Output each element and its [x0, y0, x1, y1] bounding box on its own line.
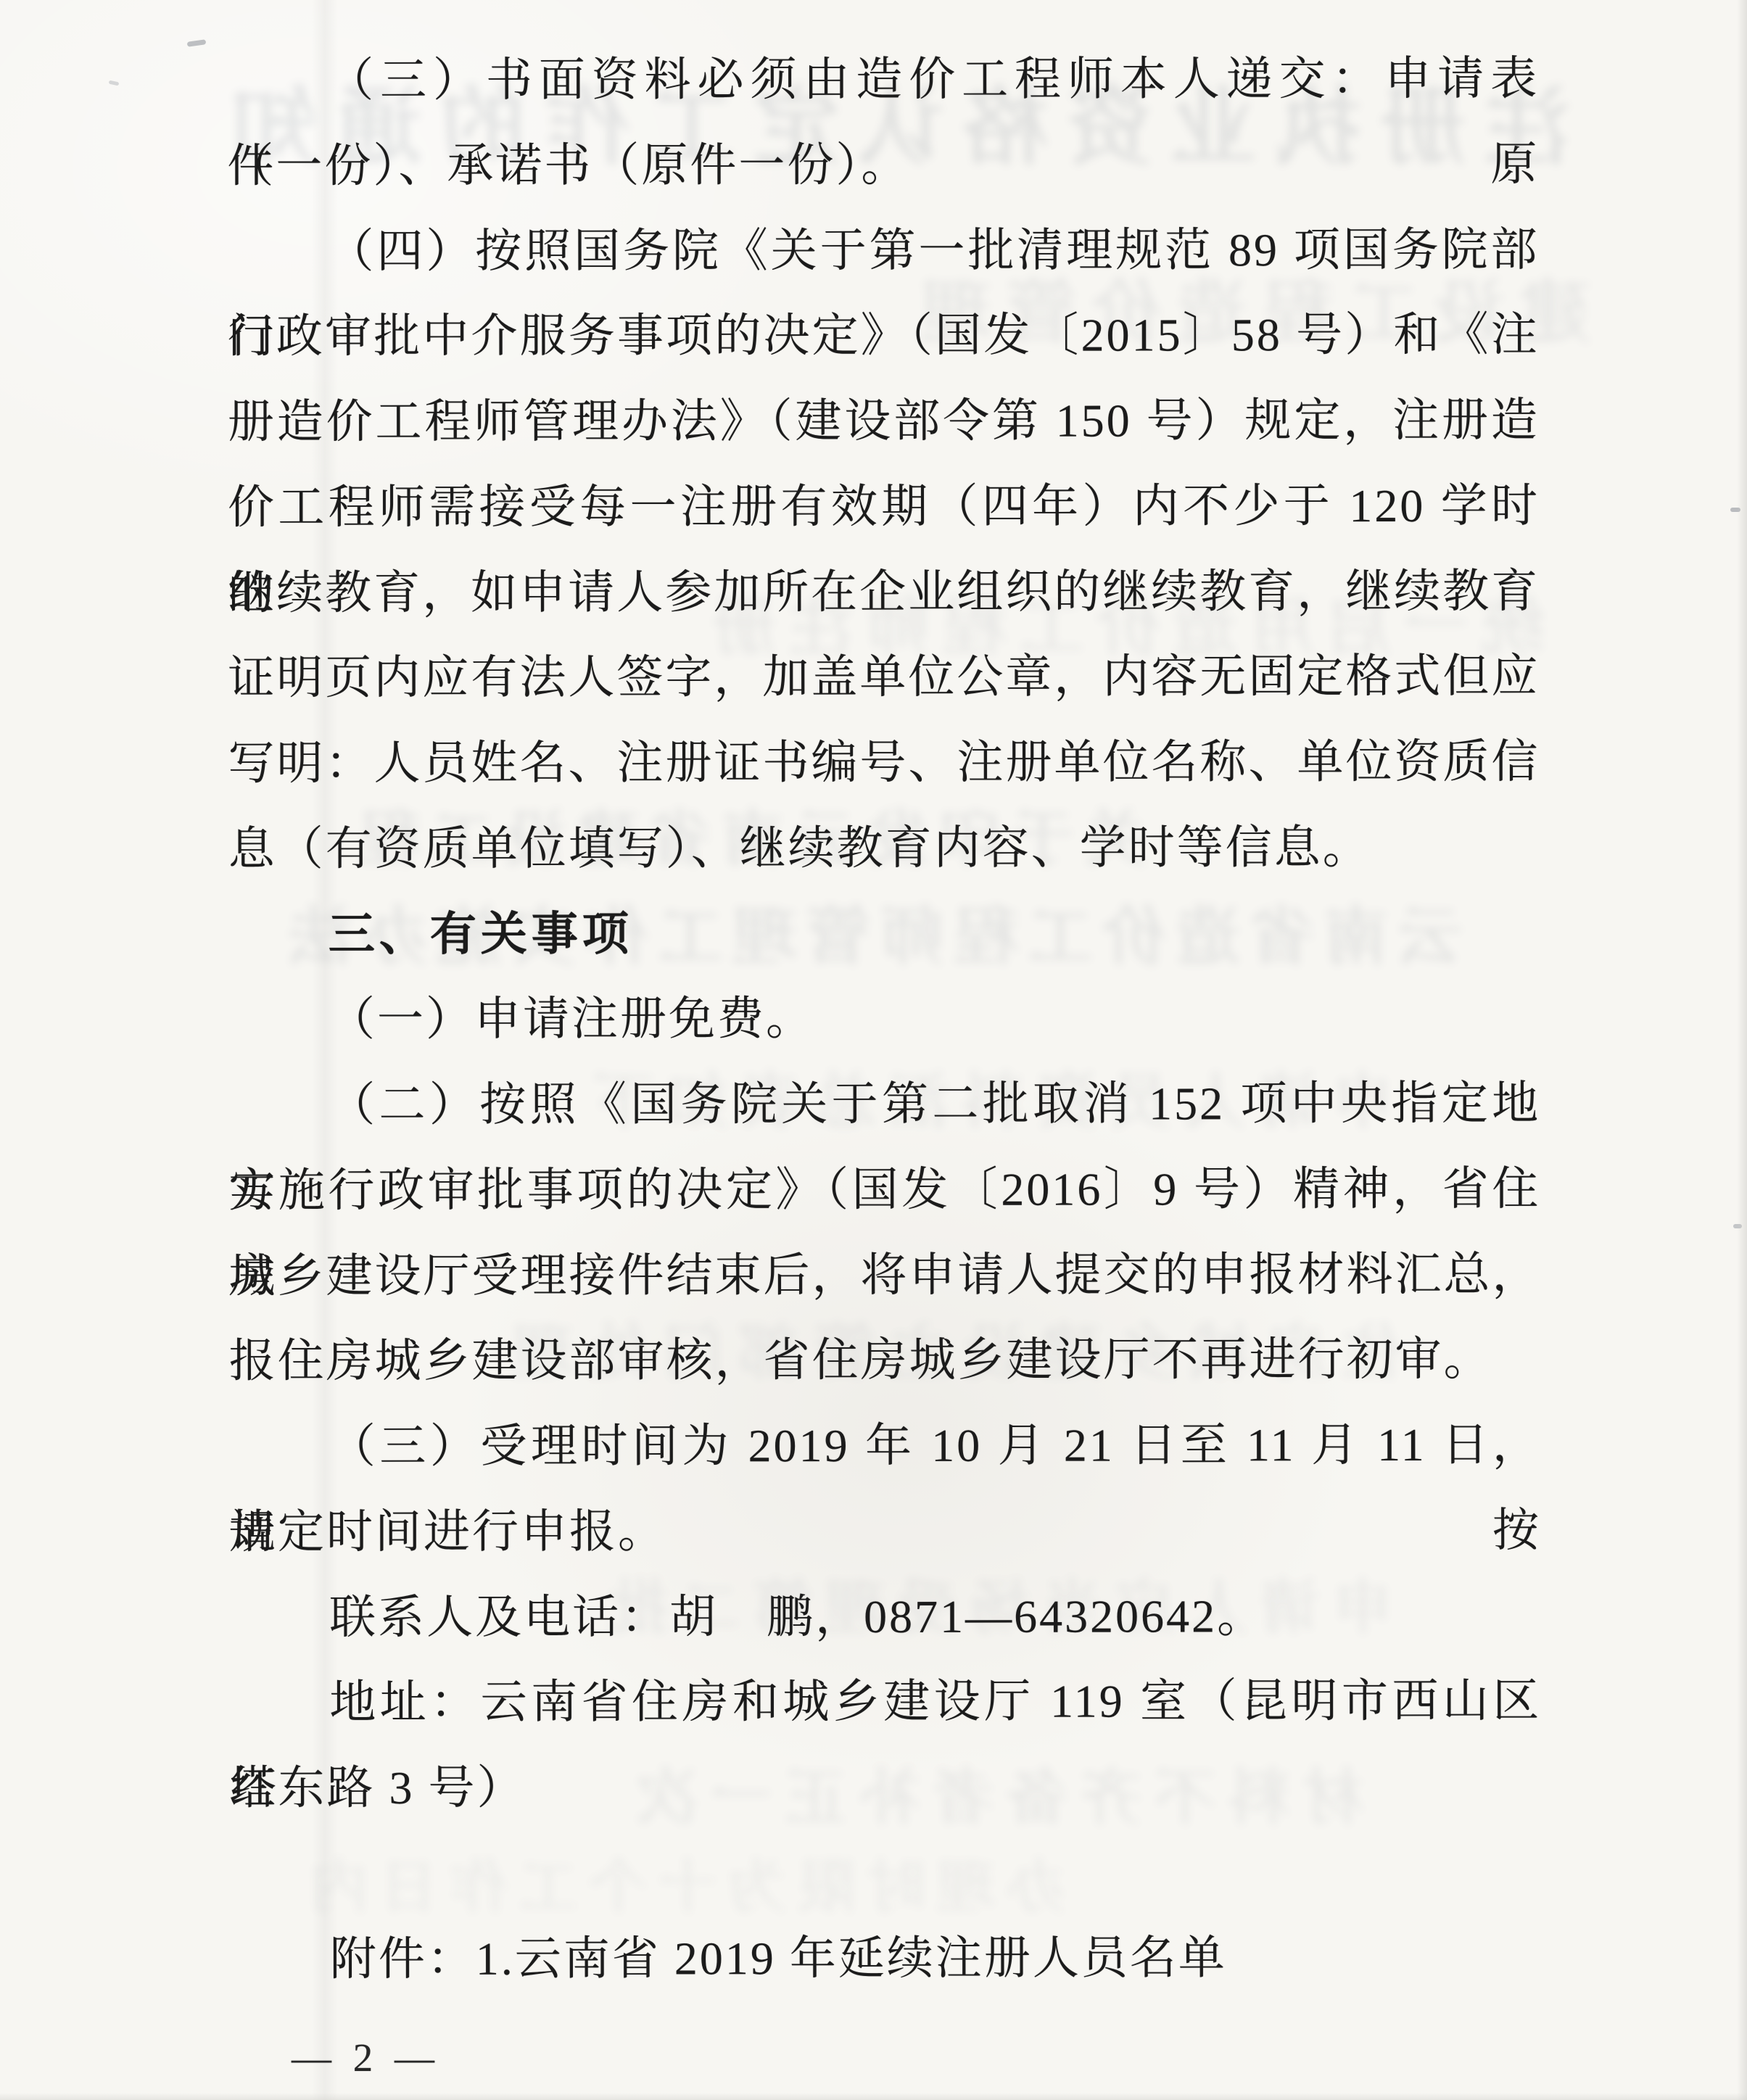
scan-artifact	[109, 80, 120, 86]
page-number: — 2 —	[292, 2035, 440, 2080]
doc-line: （二）按照《国务院关于第二批取消 152 项中央指定地方	[228, 1061, 1540, 1148]
contact-line: 联系人及电话：胡 鹏，0871—64320642。	[229, 1573, 1541, 1660]
doc-line: （三）受理时间为 2019 年 10 月 21 日至 11 月 11 日，请按	[229, 1402, 1541, 1489]
section-heading: 三、有关事项	[228, 890, 1540, 977]
doc-line: 册造价工程师管理办法》（建设部令第 150 号）规定，注册造	[228, 378, 1540, 465]
doc-line: 城乡建设厅受理接件结束后，将申请人提交的申报材料汇总，	[228, 1231, 1540, 1318]
doc-line: （三）书面资料必须由造价工程师本人递交：申请表（原	[227, 36, 1539, 123]
doc-line: 行政审批中介服务事项的决定》（国发〔2015〕58 号）和《注	[228, 292, 1540, 379]
doc-line: 继续教育，如申请人参加所在企业组织的继续教育，继续教育	[228, 548, 1540, 635]
document-body: （三）书面资料必须由造价工程师本人递交：申请表（原 件一份）、承诺书（原件一份）…	[227, 36, 1542, 2002]
scanned-document-page: 注册执业资格认定工作的通知 建设工程造价管理 统一启用造价工程师注册 关于印发云…	[0, 0, 1747, 2100]
doc-line: 息（有资质单位填写）、继续教育内容、学时等信息。	[228, 804, 1540, 891]
doc-line: 写明：人员姓名、注册证书编号、注册单位名称、单位资质信	[228, 719, 1540, 806]
doc-line: 证明页内应有法人签字，加盖单位公章，内容无固定格式但应	[228, 634, 1540, 721]
attachment-line: 附件：1.云南省 2019 年延续注册人员名单	[230, 1914, 1542, 2001]
scan-artifact	[0, 2093, 1747, 2100]
address-line: 塔东路 3 号）	[229, 1744, 1541, 1831]
doc-line: 实施行政审批事项的决定》（国发〔2016〕9 号）精神，省住房	[228, 1146, 1540, 1233]
scan-artifact	[1737, 0, 1747, 2100]
doc-line: 报住房城乡建设部审核，省住房城乡建设厅不再进行初审。	[229, 1317, 1541, 1404]
doc-line: （四）按照国务院《关于第一批清理规范 89 项国务院部门	[227, 207, 1539, 294]
address-line: 地址：云南省住房和城乡建设厅 119 室（昆明市西山区红	[229, 1658, 1541, 1745]
scan-artifact	[187, 39, 207, 47]
doc-line: 价工程师需接受每一注册有效期（四年）内不少于 120 学时的	[228, 463, 1540, 550]
doc-line: （一）申请注册免费。	[228, 975, 1540, 1062]
